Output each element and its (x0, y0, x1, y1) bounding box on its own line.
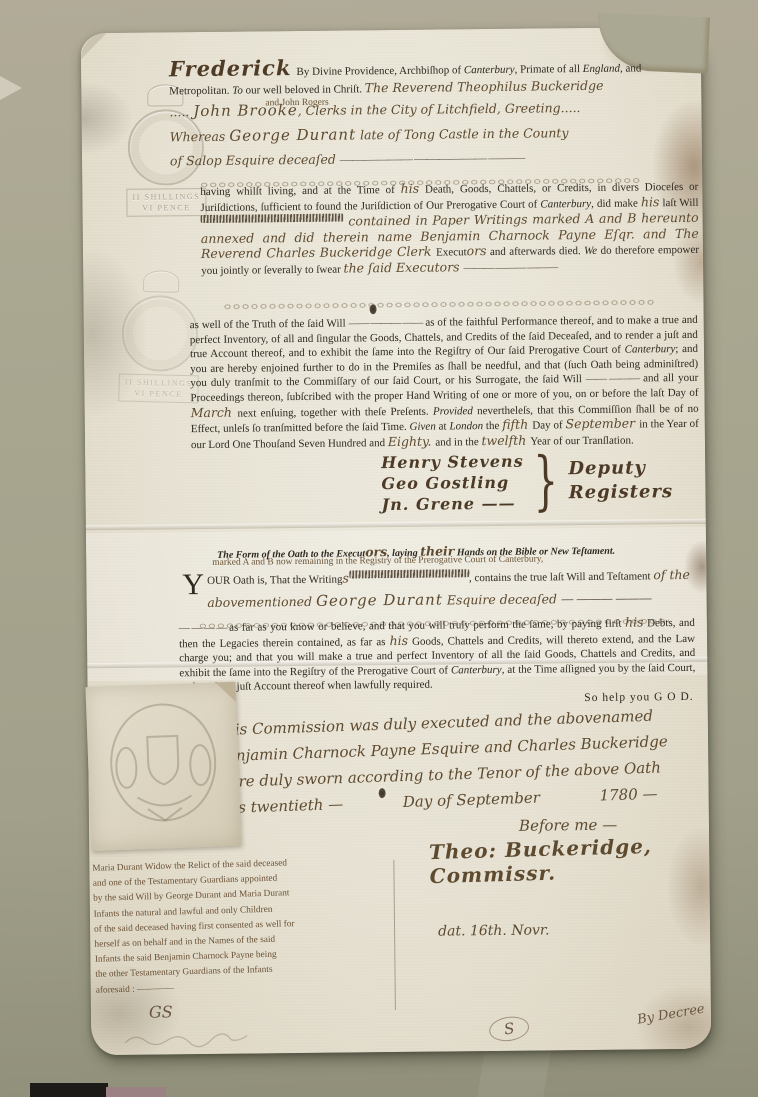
text-segment: George Durant (316, 590, 443, 609)
text-segment: , did make (591, 197, 641, 210)
text-segment: ors (467, 243, 487, 258)
text-segment: as well of the Truth of the ſaid Will (190, 317, 349, 331)
text-segment: the (483, 420, 502, 432)
text-segment: ..... (169, 104, 193, 119)
text-segment: The Reverend Theophilus Buckeridge (365, 77, 604, 94)
text-segment: , contains the true laſt Will and Teſtam… (469, 570, 654, 584)
text-segment: Canterbury (464, 64, 515, 77)
execution-note: This Commission was duly executed and th… (215, 702, 688, 822)
note-margin-rule (393, 860, 396, 1010)
text-segment: of Salop Esquire deceaſed (170, 152, 340, 169)
crown-emboss-icon (143, 270, 180, 293)
text-segment: Canterbury (540, 198, 591, 211)
text-segment: his (625, 614, 644, 629)
registrar-name-list: Henry StevensGeo GostlingJn. Grene —— (381, 450, 524, 514)
text-segment: , and (620, 62, 642, 74)
faint-script-mark (121, 1028, 251, 1051)
text-segment: Esquire deceaſed (443, 591, 561, 607)
table-edge-object (106, 1087, 166, 1097)
text-segment: Whereas (170, 129, 230, 145)
text-segment: late of Tong Castle in the County (356, 125, 569, 142)
text-line: Geo Gostling (381, 471, 524, 493)
text-segment: OUR Oath is, That the Writing (207, 574, 343, 587)
commissary-signature: Theo: Buckeridge, Commissr. (429, 832, 710, 888)
text-segment: Y (182, 573, 204, 597)
before-me-line: Before me — (519, 816, 617, 835)
seal-ring-emboss-icon (121, 295, 199, 373)
oath-duty-paragraph: as well of the Truth of the ſaid Will ——… (190, 313, 699, 453)
text-segment: , Primate of all (515, 63, 583, 76)
text-segment: —————— —————— ——— (340, 150, 525, 167)
duty-line: II SHILLINGS (132, 191, 200, 203)
duty-value-plaque: II SHILLINGS VI PENCE (126, 188, 206, 217)
text-segment: Canterbury (451, 664, 502, 677)
text-line: Jn. Grene —— (382, 492, 525, 514)
text-segment: the ſaid Executors (343, 259, 463, 275)
duty-line: VI PENCE (133, 202, 201, 214)
opening-line: of Salop Esquire deceaſed —————— —————— … (170, 145, 694, 172)
text-segment: abovementioned (207, 593, 316, 609)
paper-hole (379, 788, 386, 798)
photo-of-document: { "photo": { "surface_color": "#a8a690",… (0, 0, 758, 1097)
text-segment: next enſuing, together with theſe Preſen… (237, 405, 433, 419)
registrar-role-line: Deputy (568, 456, 673, 481)
guardian-consent-note: Maria Durant Widow the Relict of the sai… (92, 853, 396, 998)
text-segment: We (584, 245, 597, 257)
dated-line: dat. 16th. Novr. (438, 922, 550, 939)
paper-hole (370, 304, 377, 314)
text-segment: London (449, 420, 483, 432)
registrar-signatures: Henry StevensGeo GostlingJn. Grene —— } … (381, 443, 673, 520)
dog-ear-fold (81, 33, 107, 59)
opening-address: FrederickBy Divine Providence, Archbiſho… (169, 57, 694, 189)
text-segment: England (583, 63, 620, 75)
opening-line: and John Rogers ..... John Brooke, Clerk… (169, 95, 693, 123)
clerk-initials-mark: GS (149, 1002, 173, 1021)
seal-folded-corner (215, 682, 236, 703)
text-segment: To (232, 84, 243, 96)
registrar-role-line: Registers (569, 480, 674, 505)
commission-paragraph: having whilſt living, and at the Time of… (200, 179, 699, 279)
text-segment: — — — — (179, 622, 229, 635)
text-segment: laſt Will (659, 196, 698, 208)
registrar-role: Deputy Registers (568, 456, 673, 505)
text-segment: Metropolitan. (169, 84, 232, 97)
document-paper: II SHILLINGS VI PENCE II SHILLINGS VI PE… (81, 27, 712, 1055)
oath-body-paragraph: — — — — as far as you know or believe, a… (179, 615, 696, 695)
execution-date-part: Day of September (402, 785, 540, 816)
duty-value-plaque: II SHILLINGS VI PENCE (118, 373, 199, 403)
center-script-mark: S (489, 1017, 530, 1041)
text-segment: —— ——— (586, 373, 639, 386)
text-segment: ————————————— (201, 214, 344, 223)
oath-hand-line: abovementioned George Durant Esquire dec… (183, 585, 693, 614)
text-segment: March (191, 404, 238, 419)
interlined-insertion: and John Rogers (265, 92, 329, 115)
table-corner-sliver (0, 76, 22, 100)
table-edge-shadow (30, 1083, 108, 1097)
wafer-seal (85, 682, 241, 851)
text-segment: Canterbury (625, 343, 676, 356)
text-segment: at (436, 421, 450, 433)
text-segment: — ——— ——— (561, 591, 651, 607)
execution-date-part: 1780 — (599, 781, 658, 809)
text-segment: and afterwards died. (486, 245, 584, 258)
script-letter: S (488, 1014, 531, 1044)
pen-flourish (224, 299, 654, 310)
text-segment: Day of (532, 419, 565, 431)
text-segment: September (565, 416, 639, 432)
text-segment: his (389, 632, 408, 647)
opening-line-text: ..... John Brooke, Clerks in the City of… (169, 100, 580, 119)
text-segment: fifth (502, 417, 532, 432)
text-segment: ————— (349, 569, 469, 578)
text-segment: Provided (433, 405, 473, 417)
text-segment: Frederick (169, 55, 292, 81)
text-segment: of the (653, 567, 690, 582)
text-line: Henry Stevens (381, 450, 524, 472)
text-segment: By Divine Providence, Archbiſhop of (296, 64, 464, 78)
text-segment: s (342, 570, 349, 585)
brace-glyph: } (534, 444, 559, 518)
text-segment: his (641, 194, 660, 209)
by-decree-mark: By Decree (636, 1002, 706, 1028)
opening-line: Whereas George Durant late of Tong Castl… (170, 120, 694, 148)
text-segment: Given (409, 421, 435, 433)
coat-of-arms-emboss-icon (85, 682, 241, 851)
text-segment: as far as you know or believe, and that … (229, 618, 625, 634)
text-segment: ——— ——— ——— (463, 261, 557, 274)
text-segment: , Clerks in the City of Litchfield, Gree… (298, 100, 581, 118)
text-segment: his (401, 181, 420, 196)
text-segment: Execut (436, 247, 467, 259)
text-segment: —— ——— —— (348, 317, 422, 330)
duty-line: VI PENCE (124, 388, 192, 401)
text-segment: George Durant (229, 126, 356, 145)
text-segment: having whilſt living, and at the Time of (200, 184, 400, 198)
